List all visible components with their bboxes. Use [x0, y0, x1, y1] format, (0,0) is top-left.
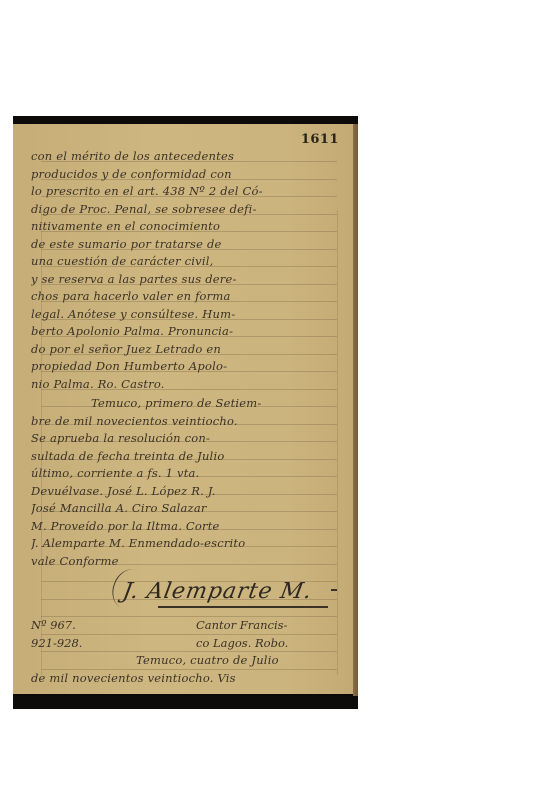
ledger-page-photo: 1611 con el mérito de lo — [13, 116, 358, 709]
handwritten-line: do por el señor Juez Letrado en — [31, 342, 341, 356]
handwritten-line: berto Apolonio Palma. Pronuncia- — [31, 324, 341, 338]
handwritten-line: vale Conforme — [31, 554, 341, 568]
handwritten-line: lo prescrito en el art. 438 Nº 2 del Có- — [31, 184, 341, 198]
handwritten-line: Se aprueba la resolución con- — [31, 431, 341, 445]
ruled-line — [41, 634, 337, 635]
handwritten-line: sultada de fecha treinta de Julio — [31, 449, 341, 463]
entry-number: Nº 967. — [31, 618, 76, 632]
signature-underline — [158, 606, 328, 608]
handwritten-line: de este sumario por tratarse de — [31, 237, 341, 251]
handwritten-line: Temuco, primero de Setiem- — [31, 396, 341, 410]
ruled-line — [41, 669, 337, 670]
bottom-dark-strip — [13, 696, 358, 709]
entry-parties-line: co Lagos. Robo. — [196, 636, 288, 650]
handwritten-line: José Mancilla A. Ciro Salazar — [31, 501, 341, 515]
handwritten-line: nitivamente en el conocimiento — [31, 219, 341, 233]
paper-page: 1611 con el mérito de lo — [13, 124, 353, 694]
ruled-line — [41, 651, 337, 652]
binding-edge — [353, 124, 358, 699]
handwritten-line: último, corriente a fs. 1 vta. — [31, 466, 341, 480]
handwritten-line: de mil novecientos veintiocho. Vis — [31, 671, 341, 685]
handwritten-line: M. Proveído por la Iltma. Corte — [31, 519, 341, 533]
signature: J. Alemparte M. — [121, 579, 314, 604]
handwritten-line: J. Alemparte M. Enmendado-escrito — [31, 536, 341, 550]
handwritten-line: una cuestión de carácter civil, — [31, 254, 341, 268]
handwritten-line: propiedad Don Humberto Apolo- — [31, 359, 341, 373]
signature-dash — [331, 589, 337, 591]
handwritten-line: con el mérito de los antecedentes — [31, 149, 341, 163]
top-dark-strip — [13, 116, 358, 124]
page-number: 1611 — [301, 132, 339, 147]
handwritten-line: bre de mil novecientos veintiocho. — [31, 414, 341, 428]
handwritten-line: Devuélvase. José L. López R. J. — [31, 484, 341, 498]
handwritten-line: legal. Anótese y consúltese. Hum- — [31, 307, 341, 321]
ruled-line — [41, 616, 337, 617]
entry-parties-line: Cantor Francis- — [196, 618, 287, 632]
handwritten-line: y se reserva a las partes sus dere- — [31, 272, 341, 286]
handwritten-line: chos para hacerlo valer en forma — [31, 289, 341, 303]
entry-year-range: 921-928. — [31, 636, 82, 650]
handwritten-line: digo de Proc. Penal, se sobresee defi- — [31, 202, 341, 216]
handwritten-line: nio Palma. Ro. Castro. — [31, 377, 341, 391]
handwritten-line: Temuco, cuatro de Julio — [31, 653, 341, 667]
handwritten-line: producidos y de conformidad con — [31, 167, 341, 181]
